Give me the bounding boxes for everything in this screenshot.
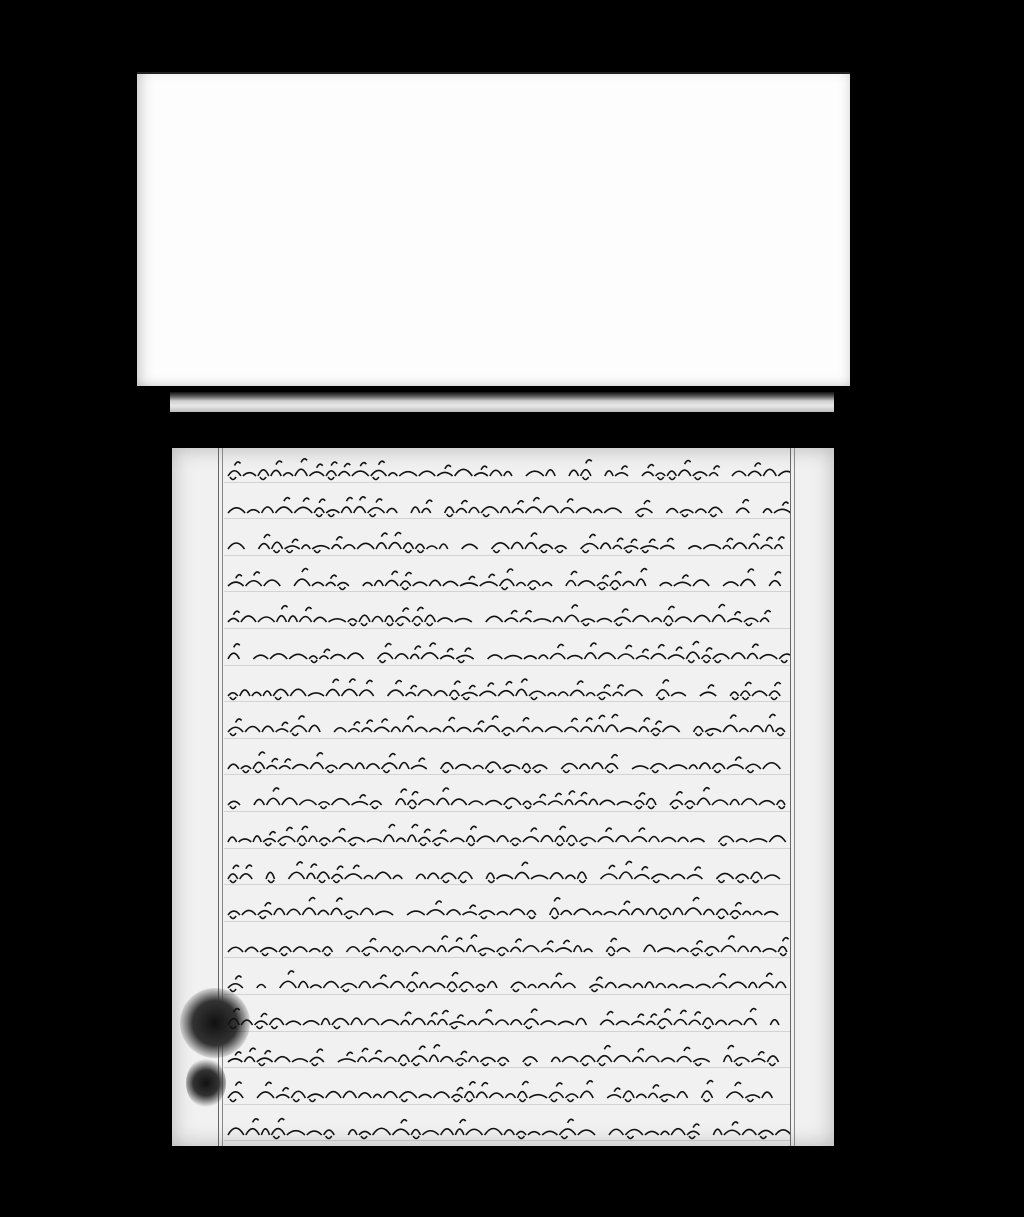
manuscript-line [224, 708, 790, 745]
manuscript-line [224, 525, 790, 562]
ink-stain-lower [186, 1058, 226, 1108]
manuscript-line [224, 855, 790, 892]
torn-paper-edge [170, 392, 834, 412]
manuscript-line [224, 928, 790, 965]
manuscript-line [224, 891, 790, 928]
manuscript-line [224, 818, 790, 855]
right-margin-rule-inner [794, 448, 795, 1146]
blank-paper-slip [137, 72, 850, 386]
manuscript-line [224, 635, 790, 672]
manuscript-line [224, 1111, 790, 1148]
manuscript-line [224, 745, 790, 782]
manuscript-line [224, 452, 790, 489]
manuscript-leaf [172, 448, 834, 1146]
manuscript-line [224, 672, 790, 709]
right-margin-rule [790, 448, 791, 1146]
manuscript-line [224, 598, 790, 635]
manuscript-line [224, 1001, 790, 1038]
manuscript-line [224, 489, 790, 526]
manuscript-line [224, 562, 790, 599]
manuscript-text-block [224, 452, 790, 1147]
manuscript-line [224, 1074, 790, 1111]
manuscript-line [224, 781, 790, 818]
manuscript-line [224, 1038, 790, 1075]
manuscript-line [224, 964, 790, 1001]
